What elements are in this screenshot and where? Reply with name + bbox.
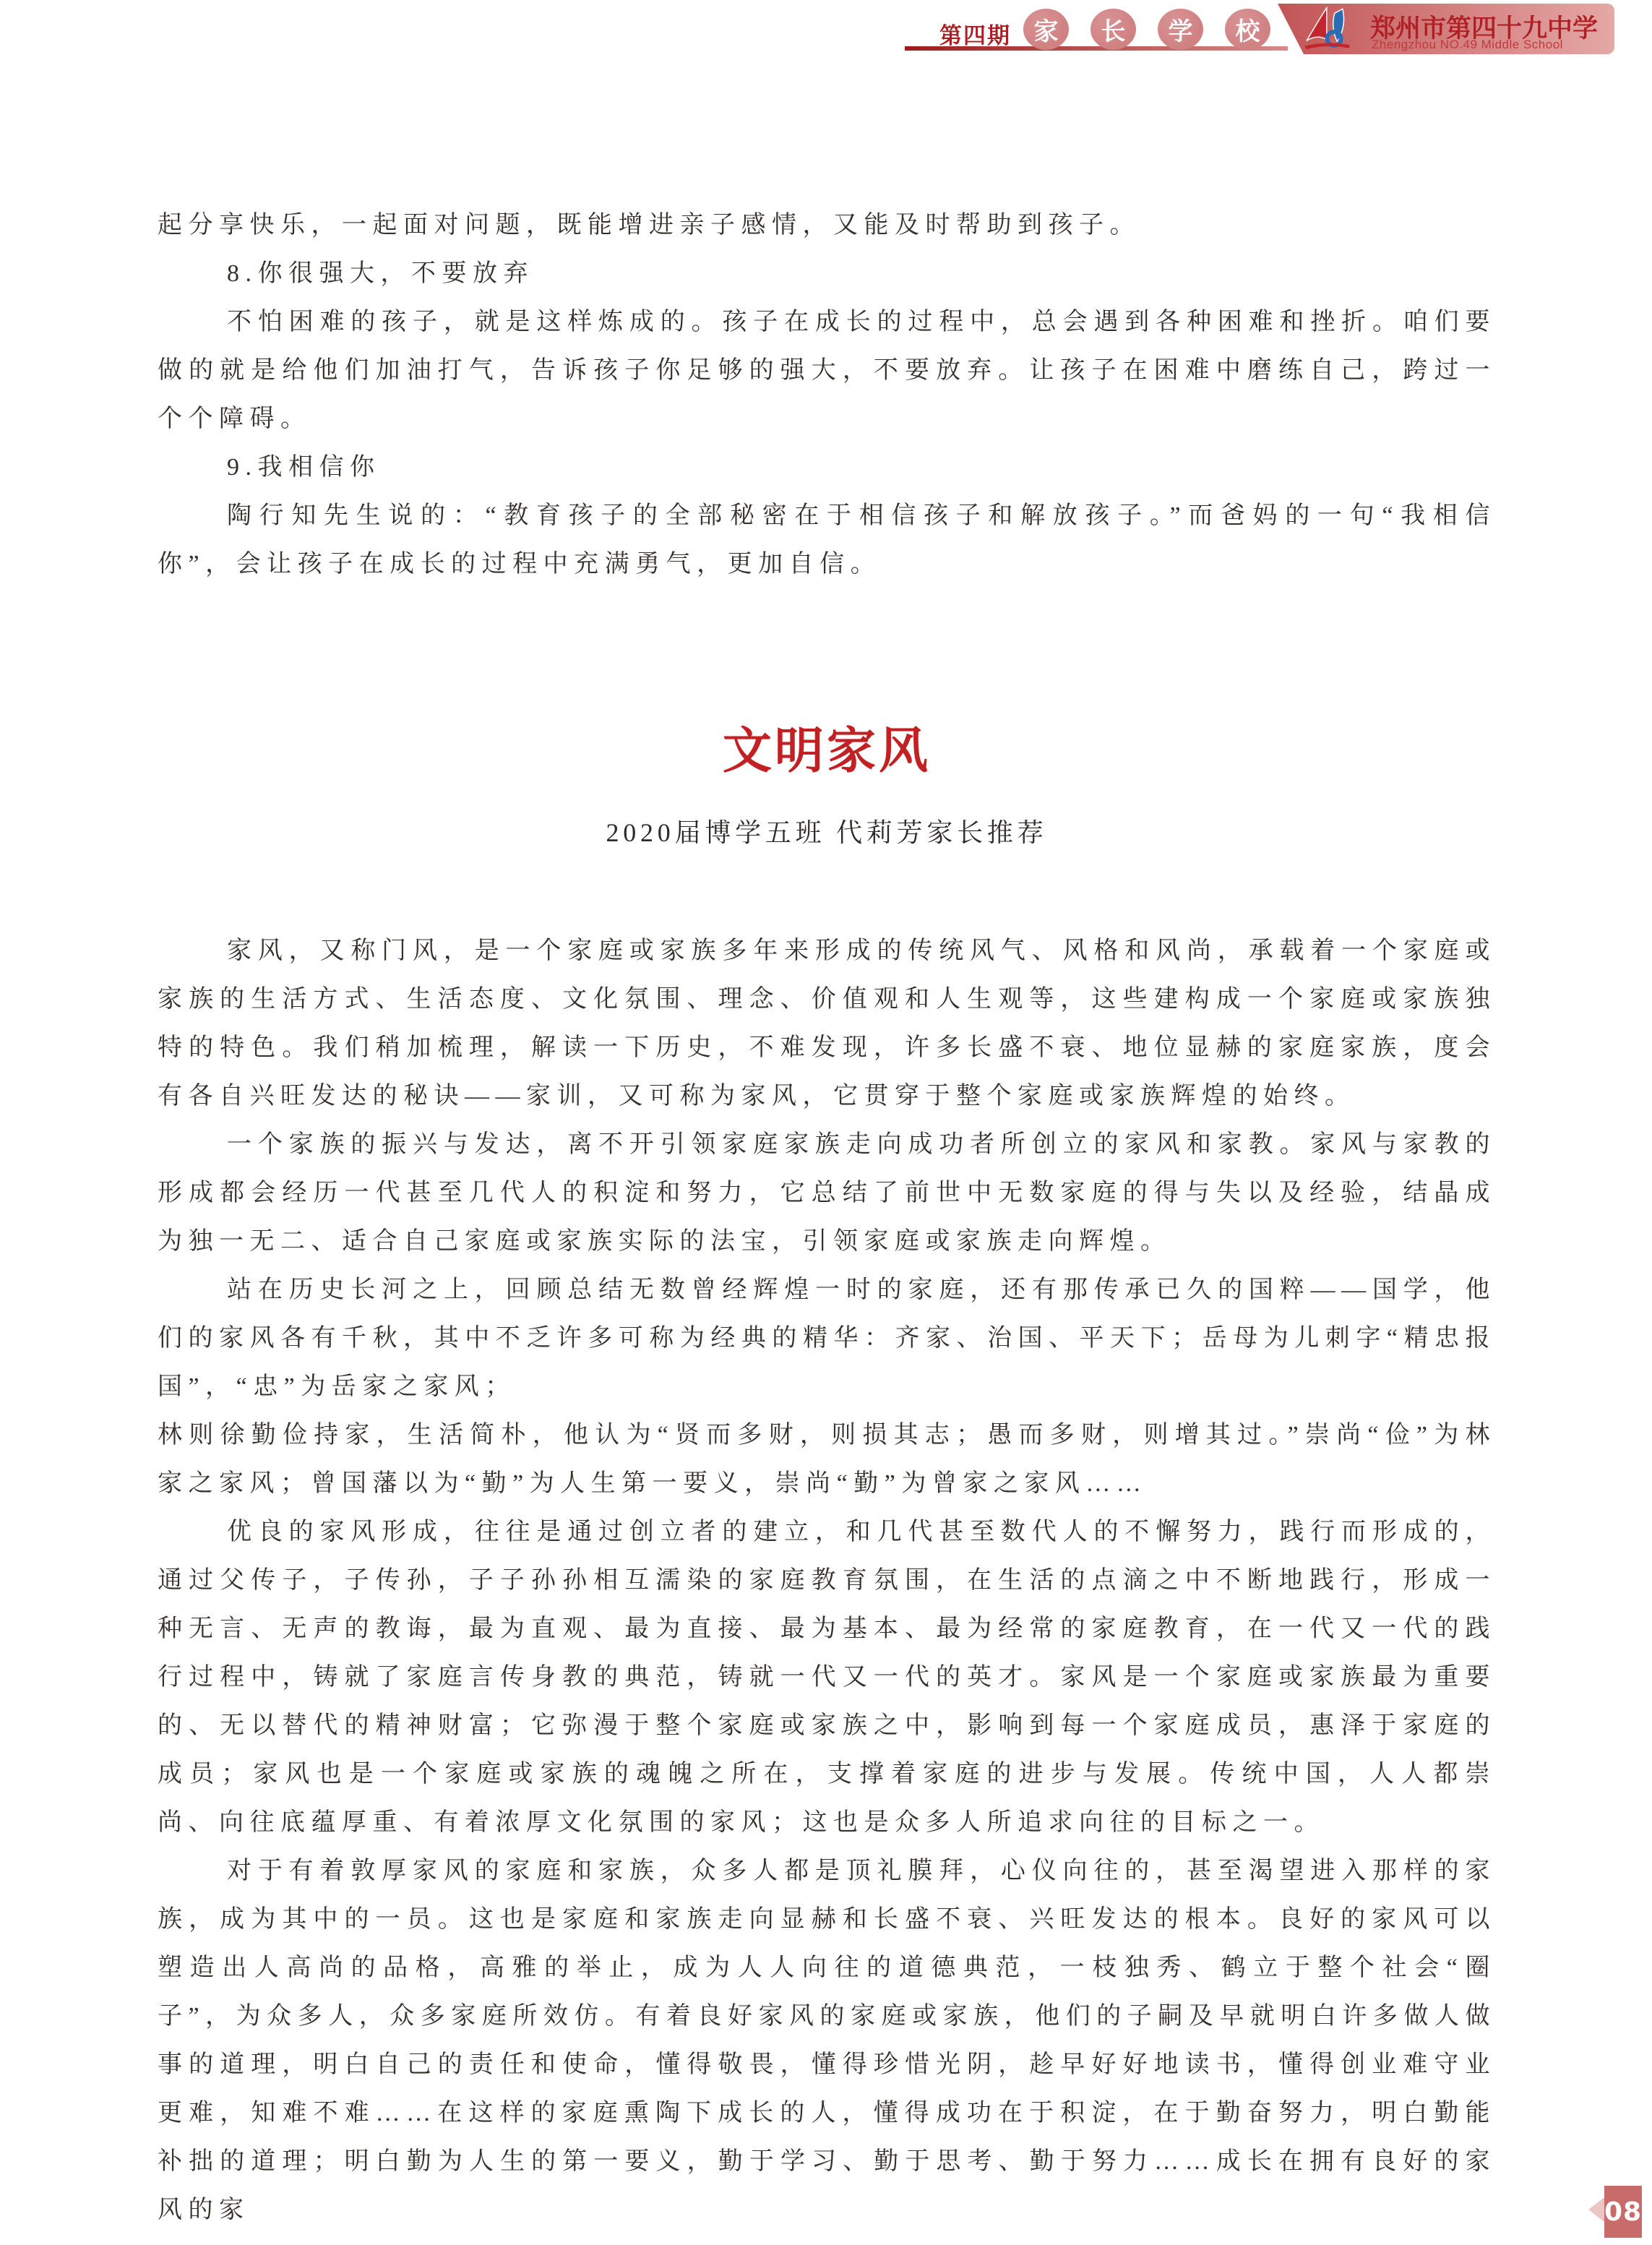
article-title: 文明家风 (158, 712, 1496, 782)
page-number-fold-icon (1588, 2197, 1604, 2222)
paragraph: 一个家族的振兴与发达，离不开引领家庭家族走向成功者所创立的家风和家教。家风与家教… (158, 1120, 1496, 1266)
masthead-badge: 长 (1090, 9, 1136, 50)
top-article: 起分享快乐，一起面对问题，既能增进亲子感情，又能及时帮助到孩子。8.你很强大，不… (158, 201, 1496, 588)
main-article: 家风，又称门风，是一个家庭或家族多年来形成的传统风气、风格和风尚，承载着一个家庭… (158, 927, 1496, 2234)
school-name-en: Zhengzhou NO.49 Middle School (1372, 38, 1563, 52)
paragraph: 林则徐勤俭持家，生活简朴，他认为“贤而多财，则损其志；愚而多财，则增其过。”崇尚… (158, 1411, 1496, 1508)
masthead-badges: 家长学校 (1023, 9, 1270, 51)
paragraph: 优良的家风形成，往往是通过创立者的建立，和几代甚至数代人的不懈努力，践行而形成的… (158, 1508, 1496, 1847)
paragraph: 对于有着敦厚家风的家庭和家族，众多人都是顶礼膜拜，心仪向往的，甚至渴望进入那样的… (158, 1847, 1496, 2234)
paragraph: 8.你很强大，不要放弃 (158, 249, 1496, 298)
page-number: 08 (1604, 2197, 1642, 2227)
paragraph: 家风，又称门风，是一个家庭或家族多年来形成的传统风气、风格和风尚，承载着一个家庭… (158, 927, 1496, 1120)
page-number-badge: 08 (1604, 2186, 1642, 2238)
paragraph: 陶行知先生说的：“教育孩子的全部秘密在于相信孩子和解放孩子。”而爸妈的一句“我相… (158, 492, 1496, 588)
paragraph: 起分享快乐，一起面对问题，既能增进亲子感情，又能及时帮助到孩子。 (158, 201, 1496, 249)
masthead-badge: 学 (1158, 9, 1203, 50)
paragraph: 9.我相信你 (158, 443, 1496, 492)
masthead-badge: 家 (1023, 9, 1069, 50)
sailboat-49-logo-icon (1291, 6, 1366, 53)
issue-label: 第四期 (939, 17, 1011, 50)
article-byline: 2020届博学五班 代莉芳家长推荐 (158, 812, 1496, 849)
paragraph: 不怕困难的孩子，就是这样炼成的。孩子在成长的过程中，总会遇到各种困难和挫折。咱们… (158, 298, 1496, 443)
newsletter-page: 第四期 家长学校 郑州市第四十九中学 Zhengzhou NO.49 Middl… (0, 0, 1652, 2245)
masthead-badge: 校 (1225, 9, 1270, 50)
paragraph: 站在历史长河之上，回顾总结无数曾经辉煌一时的家庭，还有那传承已久的国粹——国学，… (158, 1266, 1496, 1411)
